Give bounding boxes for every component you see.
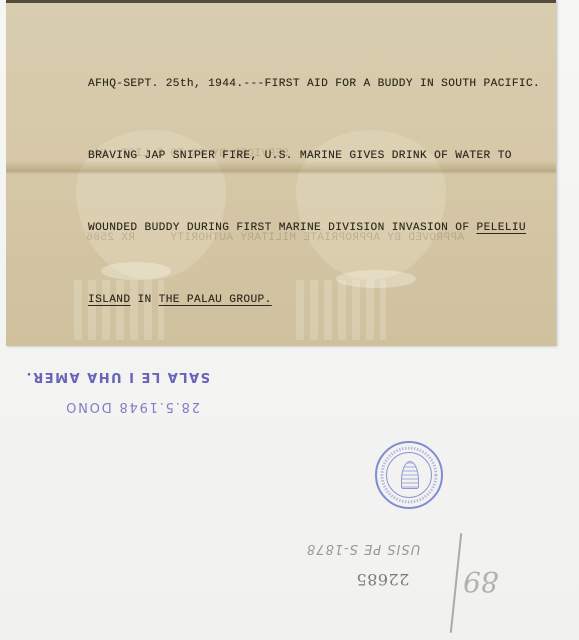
institutional-seal xyxy=(375,441,443,509)
underlined-group: THE PALAU GROUP. xyxy=(159,294,272,306)
archive-stamp-line-1: SALA LE I UHA AMER. xyxy=(34,369,210,384)
pencil-page-mark: 89 xyxy=(463,565,499,598)
underlined-island: ISLAND xyxy=(88,294,130,306)
caption-line-4: ISLAND IN THE PALAU GROUP. xyxy=(88,288,540,312)
caption-line-3: WOUNDED BUDDY DURING FIRST MARINE DIVISI… xyxy=(88,216,540,240)
caption-slip: SERVICED BY RX TO E LIST, NA. APPROVED B… xyxy=(6,0,556,346)
pencil-reference-note: USIS PE S-1878 xyxy=(306,541,420,556)
caption-line-2: BRAVING JAP SNIPER FIRE, U.S. MARINE GIV… xyxy=(88,144,540,168)
photo-back-card: SERVICED BY RX TO E LIST, NA. APPROVED B… xyxy=(0,0,579,640)
typed-caption: AFHQ-SEPT. 25th, 1944.---FIRST AID FOR A… xyxy=(88,24,540,346)
caption-line-3-text: WOUNDED BUDDY DURING FIRST MARINE DIVISI… xyxy=(88,222,477,234)
archive-stamp-date: 28.5.1948 DONO xyxy=(66,399,200,414)
slip-edge-shadow xyxy=(556,0,560,346)
underlined-place-name: PELELIU xyxy=(477,222,526,234)
caption-line-1: AFHQ-SEPT. 25th, 1944.---FIRST AID FOR A… xyxy=(88,72,540,96)
inventory-number: 22685 xyxy=(356,570,409,589)
pencil-divider-line xyxy=(450,533,462,633)
caption-line-4-mid: IN xyxy=(130,294,158,306)
